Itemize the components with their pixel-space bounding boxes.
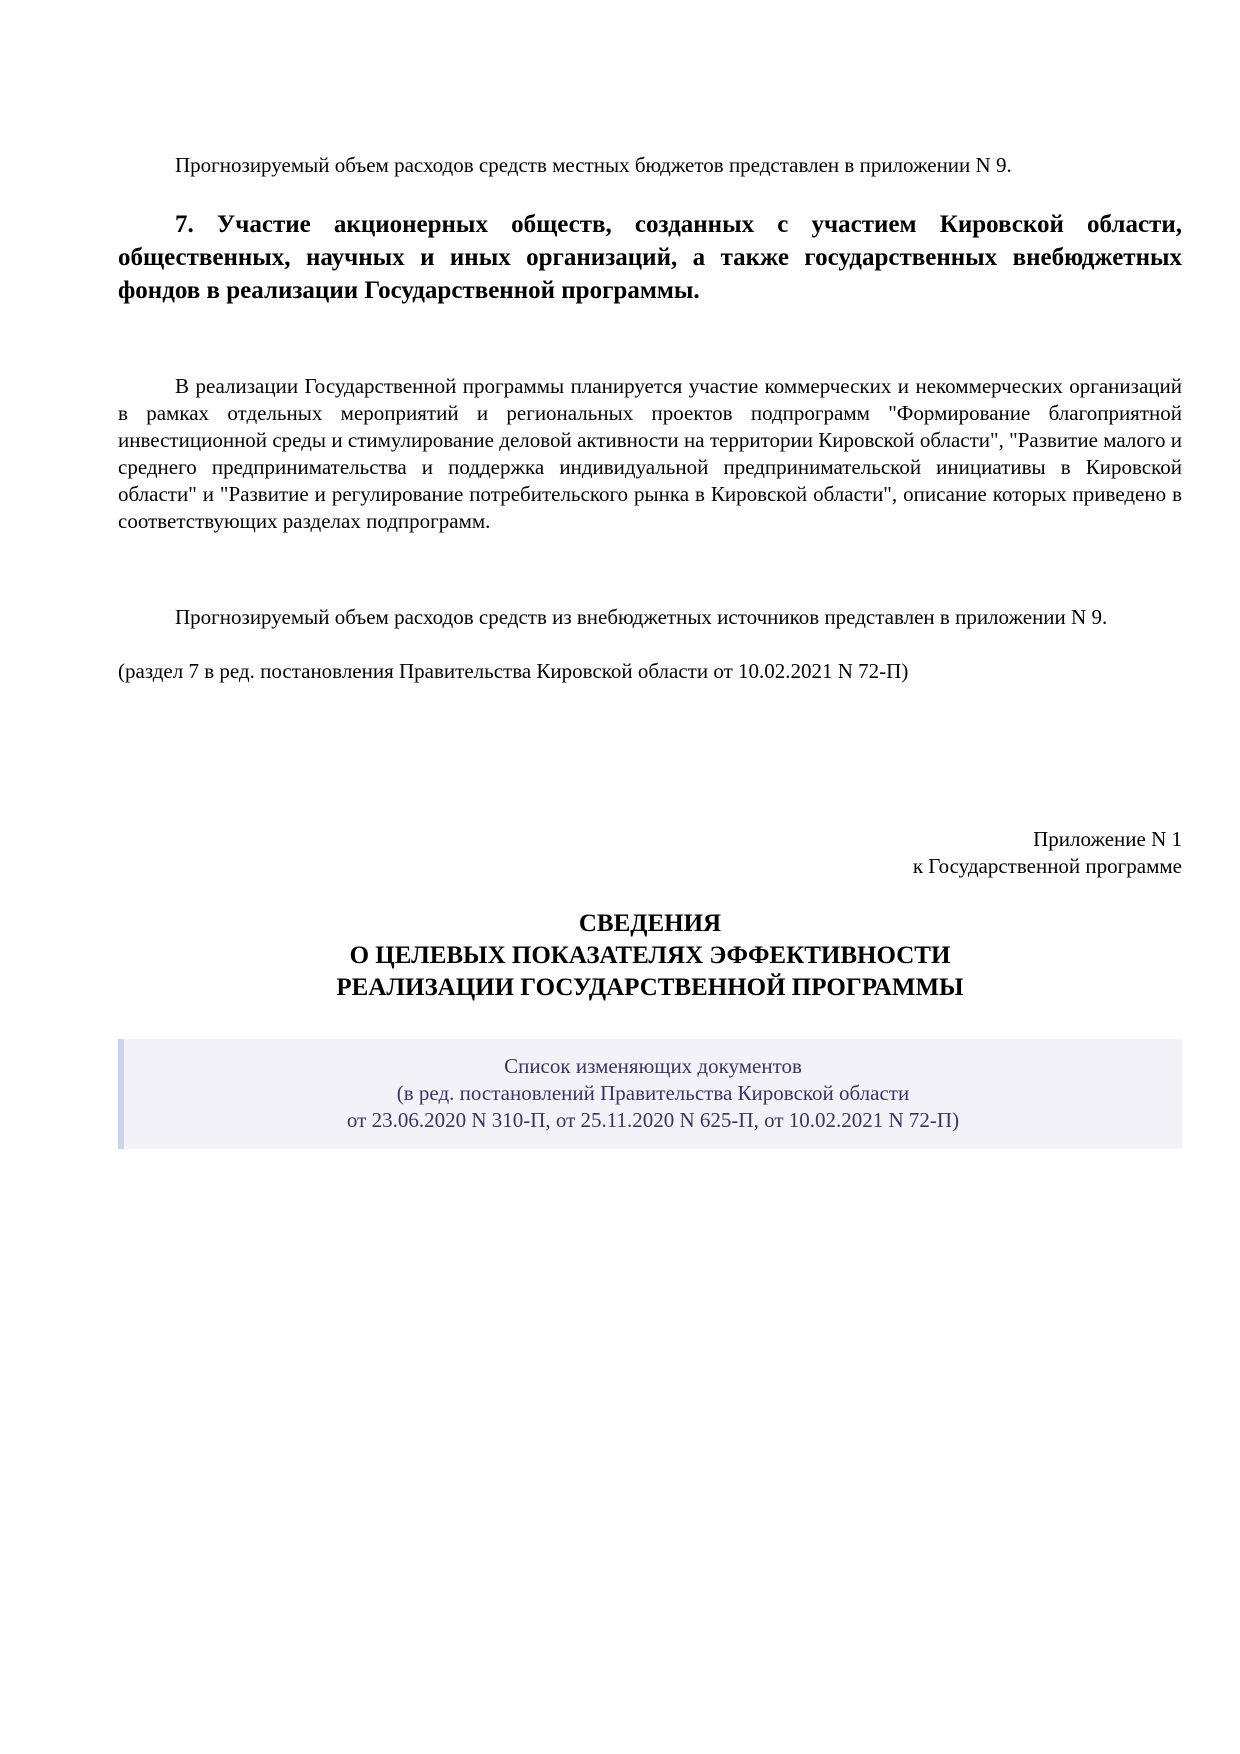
paragraph-extrabudget: Прогнозируемый объем расходов средств из…: [118, 604, 1182, 631]
amending-documents-box: Список изменяющих документов (в ред. пос…: [118, 1039, 1182, 1149]
appendix-title: СВЕДЕНИЯ О ЦЕЛЕВЫХ ПОКАЗАТЕЛЯХ ЭФФЕКТИВН…: [118, 908, 1182, 1004]
title-line-1: СВЕДЕНИЯ: [118, 908, 1182, 940]
section-7-heading: 7. Участие акционерных обществ, созданны…: [118, 208, 1182, 307]
section-7-body: В реализации Государственной программы п…: [118, 373, 1182, 535]
amending-documents-line-2: (в ред. постановлений Правительства Киро…: [124, 1080, 1182, 1107]
appendix-number: Приложение N 1: [913, 826, 1182, 853]
title-line-2: О ЦЕЛЕВЫХ ПОКАЗАТЕЛЯХ ЭФФЕКТИВНОСТИ: [118, 940, 1182, 972]
paragraph-local-budgets: Прогнозируемый объем расходов средств ме…: [118, 152, 1182, 179]
amending-documents-line-3: от 23.06.2020 N 310-П, от 25.11.2020 N 6…: [124, 1107, 1182, 1134]
title-line-3: РЕАЛИЗАЦИИ ГОСУДАРСТВЕННОЙ ПРОГРАММЫ: [118, 972, 1182, 1004]
amending-documents-heading: Список изменяющих документов: [124, 1053, 1182, 1080]
appendix-reference: к Государственной программе: [913, 853, 1182, 880]
appendix-label: Приложение N 1 к Государственной програм…: [913, 826, 1182, 880]
section-7-edition-note: (раздел 7 в ред. постановления Правитель…: [118, 658, 1182, 685]
